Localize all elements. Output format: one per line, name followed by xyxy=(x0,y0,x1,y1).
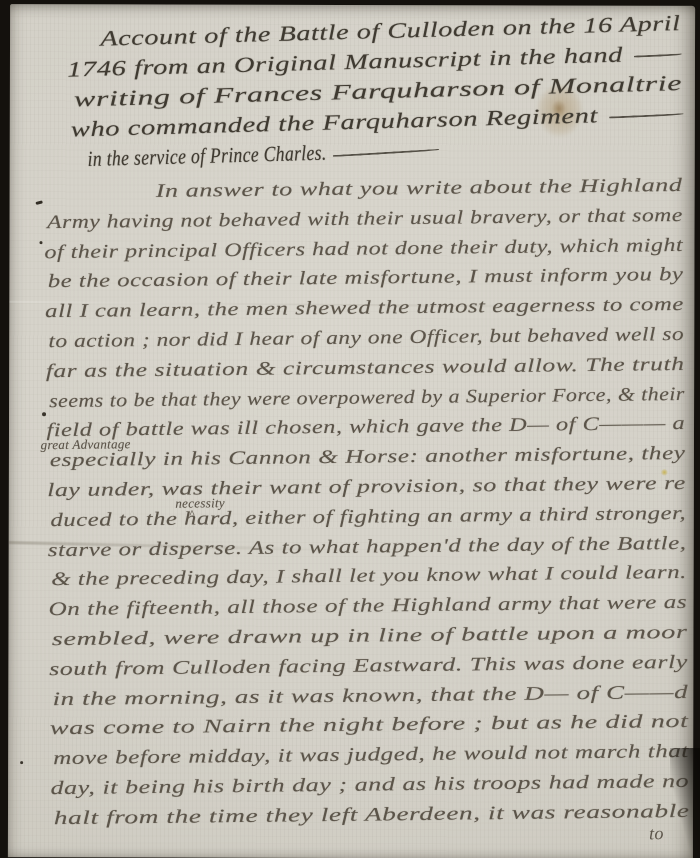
handwriting-ink: In answer to what you write about the Hi… xyxy=(156,175,683,203)
pen-flourish xyxy=(634,54,682,58)
insertion-great-advantage: great Advantage xyxy=(41,436,131,453)
manuscript-scan: Account of the Battle of Culloden on the… xyxy=(0,0,700,858)
pen-flourish xyxy=(609,113,683,118)
paper-sheet: Account of the Battle of Culloden on the… xyxy=(8,4,695,858)
caret-mark: ^ xyxy=(189,509,195,521)
manuscript-header: Account of the Battle of Culloden on the… xyxy=(44,11,691,178)
margin-mark xyxy=(35,200,42,204)
ink-speck xyxy=(20,761,23,764)
handwriting-ink: Army having not behaved with their usual… xyxy=(47,205,683,234)
insertion-necessity: necessity^ xyxy=(175,495,225,512)
manuscript-body: to In answer to what you write about the… xyxy=(44,175,695,838)
pen-flourish xyxy=(333,149,440,157)
body-line: halt from the time they left Aberdeen, i… xyxy=(54,801,695,838)
ink-speck xyxy=(39,241,42,244)
